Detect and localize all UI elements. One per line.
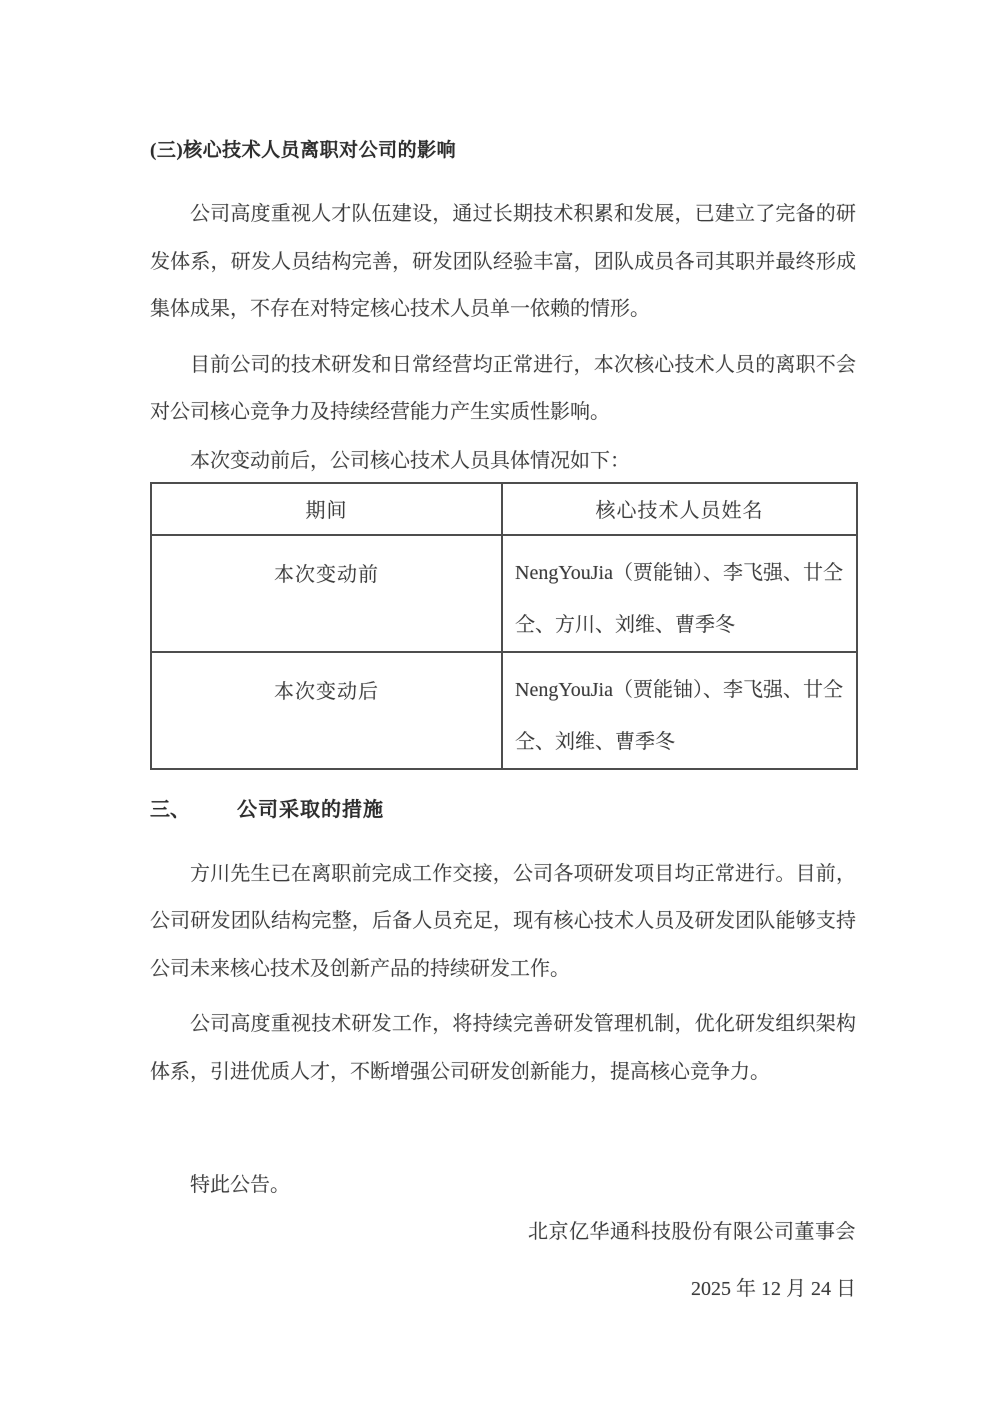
impact-paragraph-1: 公司高度重视人才队伍建设，通过长期技术积累和发展，已建立了完备的研发体系，研发人… xyxy=(150,191,856,334)
measures-paragraph-1: 方川先生已在离职前完成工作交接，公司各项研发项目均正常进行。目前，公司研发团队结… xyxy=(150,851,856,994)
section-impact-heading: (三)核心技术人员离职对公司的影响 xyxy=(150,138,856,164)
section-measures-heading: 三、 公司采取的措施 xyxy=(150,796,856,824)
board-signature: 北京亿华通科技股份有限公司董事会 xyxy=(150,1217,856,1247)
period-after-cell: 本次变动后 xyxy=(151,652,502,769)
personnel-table: 期间 核心技术人员姓名 本次变动前 NengYouJia（贾能铀）、李飞强、廿仝… xyxy=(150,482,858,770)
table-row-after-change: 本次变动后 NengYouJia（贾能铀）、李飞强、廿仝仝、刘维、曹季冬 xyxy=(151,652,857,769)
impact-paragraph-2: 目前公司的技术研发和日常经营均正常进行，本次核心技术人员的离职不会对公司核心竞争… xyxy=(150,342,856,437)
announcement-date: 2025 年 12 月 24 日 xyxy=(150,1274,856,1304)
section-measures-number: 三、 xyxy=(150,796,190,824)
names-before-cell: NengYouJia（贾能铀）、李飞强、廿仝仝、方川、刘维、曹季冬 xyxy=(502,535,857,652)
table-intro-text: 本次变动前后，公司核心技术人员具体情况如下： xyxy=(150,446,856,476)
table-row-before-change: 本次变动前 NengYouJia（贾能铀）、李飞强、廿仝仝、方川、刘维、曹季冬 xyxy=(151,535,857,652)
names-after-cell: NengYouJia（贾能铀）、李飞强、廿仝仝、刘维、曹季冬 xyxy=(502,652,857,769)
table-header-row: 期间 核心技术人员姓名 xyxy=(151,483,857,535)
section-measures-title: 公司采取的措施 xyxy=(237,796,384,824)
closing-statement: 特此公告。 xyxy=(150,1170,856,1200)
table-header-period: 期间 xyxy=(151,483,502,535)
period-before-cell: 本次变动前 xyxy=(151,535,502,652)
document-page: (三)核心技术人员离职对公司的影响 公司高度重视人才队伍建设，通过长期技术积累和… xyxy=(0,0,1000,1414)
table-header-names: 核心技术人员姓名 xyxy=(502,483,857,535)
document-content: (三)核心技术人员离职对公司的影响 公司高度重视人才队伍建设，通过长期技术积累和… xyxy=(150,138,856,1304)
measures-paragraph-2: 公司高度重视技术研发工作，将持续完善研发管理机制，优化研发组织架构体系，引进优质… xyxy=(150,1001,856,1096)
